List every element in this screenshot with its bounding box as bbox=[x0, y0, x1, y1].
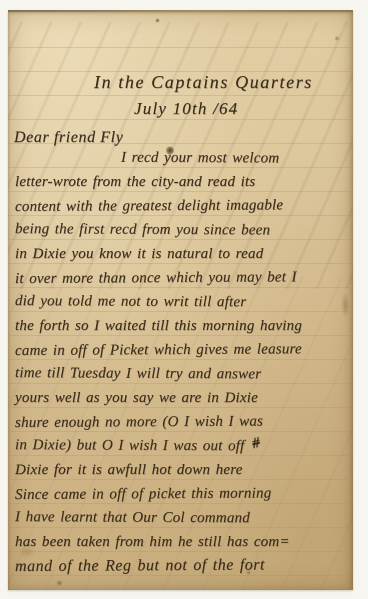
letter-line: Since came in off of picket this morning bbox=[15, 481, 351, 507]
letter-line: yours well as you say we are in Dixie bbox=[15, 386, 351, 410]
letter-line: content with the greatest delight imagab… bbox=[15, 193, 351, 219]
letter-line: has been taken from him he still has com… bbox=[15, 530, 351, 554]
letter-line: Dixie for it is awfull hot down here bbox=[15, 458, 351, 482]
letter-line: it over more than once which you may bet… bbox=[15, 265, 351, 291]
heading-place: In the Captains Quarters bbox=[94, 72, 313, 93]
letter-line: being the first recd from you since been bbox=[15, 217, 351, 243]
heading-date: July 10th /64 bbox=[134, 99, 238, 119]
letter-line: in Dixie you know it is natural to read bbox=[15, 242, 351, 266]
letter-line: I recd your most welcom bbox=[15, 145, 351, 171]
letter-paper: In the Captains Quarters July 10th /64 D… bbox=[8, 10, 353, 590]
letter-line: letter-wrote from the city-and read its bbox=[15, 170, 351, 194]
letter-line: I have learnt that Our Col command bbox=[15, 505, 351, 531]
letter-line: the forth so I waited till this morning … bbox=[15, 314, 351, 338]
letter-line: did you told me not to writ till after bbox=[15, 289, 351, 315]
letter-body: I recd your most welcom letter-wrote fro… bbox=[15, 146, 351, 578]
letter-line: mand of the Reg but not of the fort bbox=[15, 553, 351, 579]
scratched-out-word: # bbox=[250, 431, 263, 456]
letter-line: shure enough no more (O I wish I was bbox=[15, 409, 351, 435]
letter-line: in Dixie) but O I wish I was out off# bbox=[15, 433, 351, 459]
letter-line-text: in Dixie) but O I wish I was out off bbox=[15, 437, 245, 454]
letter-photo: In the Captains Quarters July 10th /64 D… bbox=[0, 0, 368, 599]
letter-line: time till Tuesday I will try and answer bbox=[15, 361, 351, 387]
letter-line: came in off of Picket which gives me lea… bbox=[15, 337, 351, 363]
